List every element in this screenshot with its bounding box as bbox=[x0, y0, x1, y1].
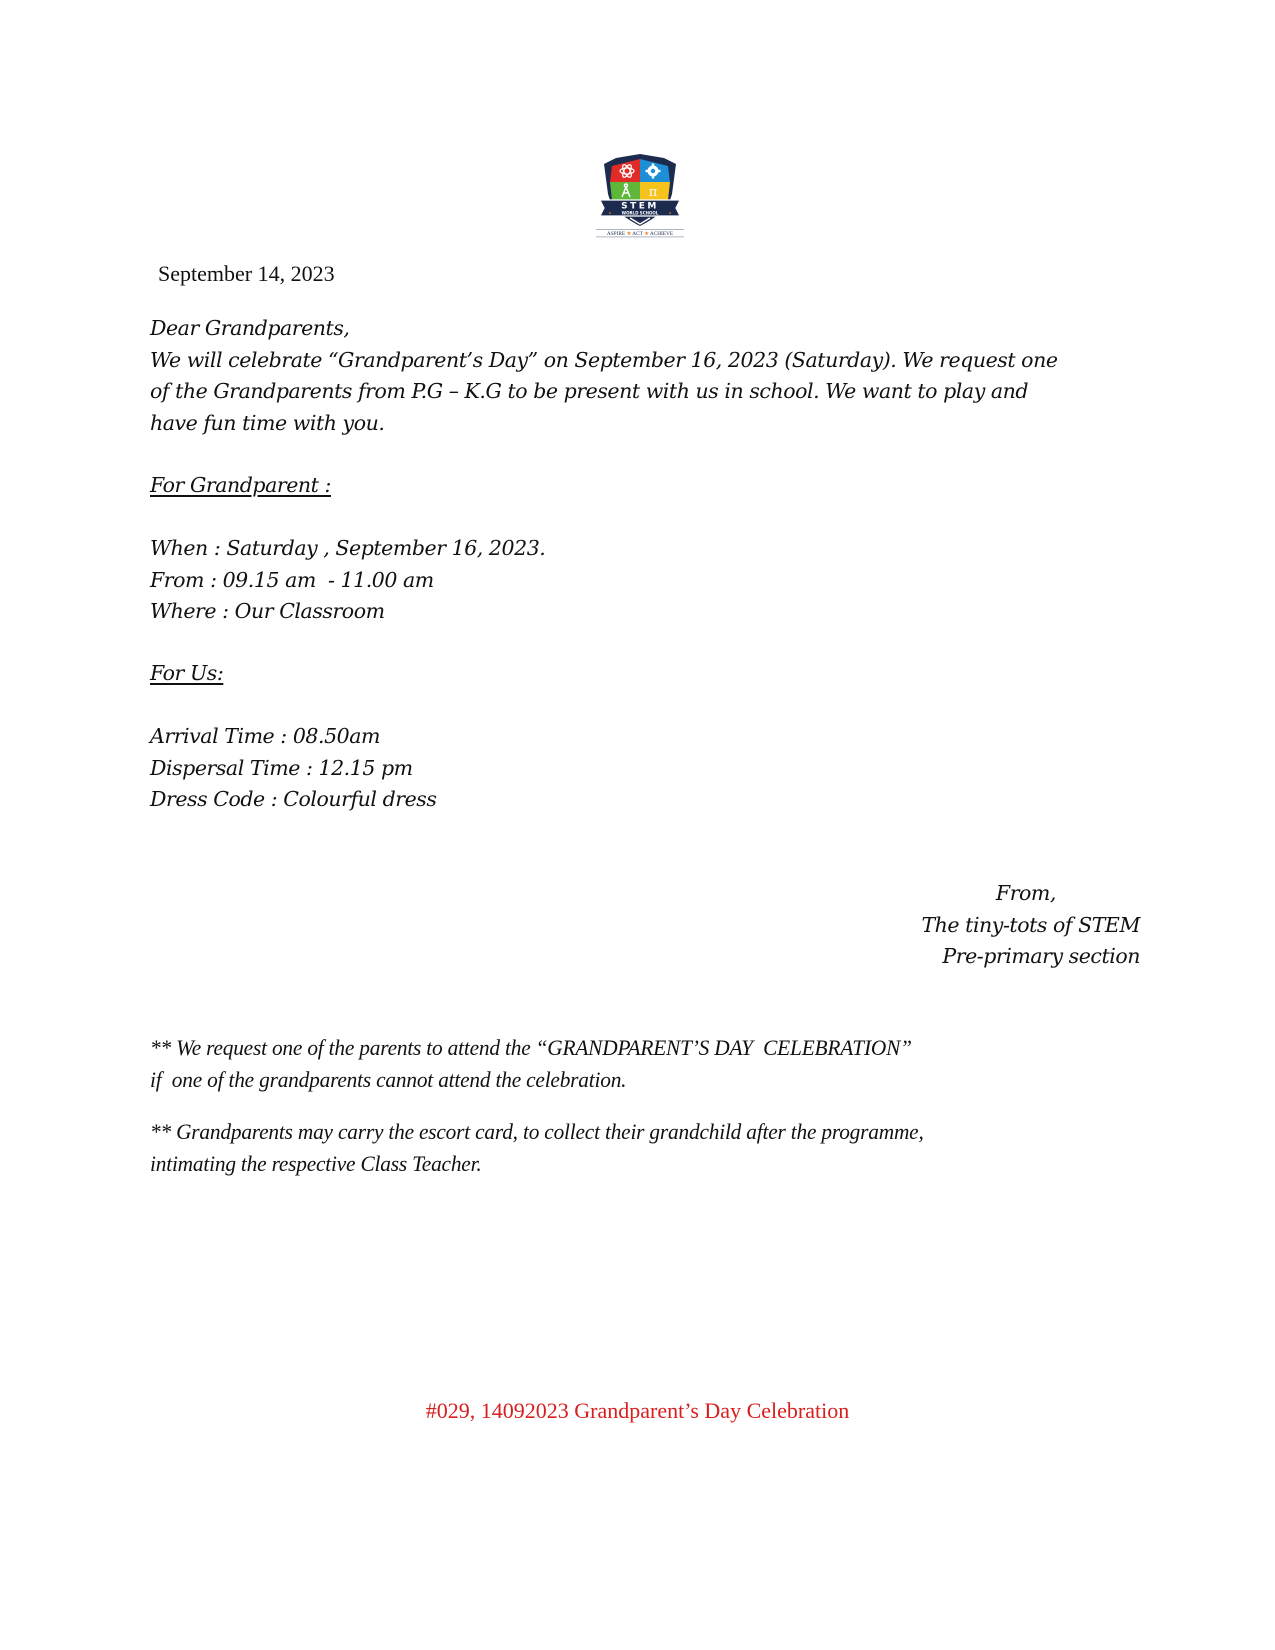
note-escort-card: ** Grandparents may carry the escort car… bbox=[150, 1116, 924, 1180]
note-line: intimating the respective Class Teacher. bbox=[150, 1148, 924, 1180]
document-reference-footer: #029, 14092023 Grandparent’s Day Celebra… bbox=[0, 1398, 1275, 1424]
where-line: Where : Our Classroom bbox=[150, 596, 545, 628]
body-line: We will celebrate “Grandparent’s Day” on… bbox=[150, 345, 1058, 377]
signature-section: Pre-primary section bbox=[880, 941, 1140, 973]
note-line: ** Grandparents may carry the escort car… bbox=[150, 1116, 924, 1148]
body-line: of the Grandparents from P.G – K.G to be… bbox=[150, 376, 1058, 408]
dress-code-line: Dress Code : Colourful dress bbox=[150, 784, 436, 816]
svg-text:ASPIRE ★ ACT ★ ACHIEVE: ASPIRE ★ ACT ★ ACHIEVE bbox=[607, 231, 673, 237]
signature-from: From, bbox=[880, 878, 1140, 910]
signature-sender: The tiny-tots of STEM bbox=[880, 910, 1140, 942]
student-details: Arrival Time : 08.50am Dispersal Time : … bbox=[150, 721, 436, 816]
signature-block: From, The tiny-tots of STEM Pre-primary … bbox=[880, 878, 1140, 973]
arrival-time-line: Arrival Time : 08.50am bbox=[150, 721, 436, 753]
from-time-line: From : 09.15 am - 11.00 am bbox=[150, 565, 545, 597]
note-line: ** We request one of the parents to atte… bbox=[150, 1032, 912, 1064]
svg-text:π: π bbox=[649, 185, 658, 200]
note-line: if one of the grandparents cannot attend… bbox=[150, 1064, 912, 1096]
letter-date: September 14, 2023 bbox=[158, 261, 335, 287]
salutation: Dear Grandparents, bbox=[150, 313, 1058, 345]
school-logo: π STEM WORLD SCHOOL ASPIRE ★ ACT ★ ACHIE… bbox=[596, 150, 684, 238]
letter-body: Dear Grandparents, We will celebrate “Gr… bbox=[150, 313, 1058, 439]
stem-world-school-crest-icon: π STEM WORLD SCHOOL ASPIRE ★ ACT ★ ACHIE… bbox=[596, 150, 684, 238]
body-line: have fun time with you. bbox=[150, 408, 1058, 440]
note-parent-attendance: ** We request one of the parents to atte… bbox=[150, 1032, 912, 1096]
for-grandparent-heading: For Grandparent : bbox=[150, 470, 331, 502]
when-line: When : Saturday , September 16, 2023. bbox=[150, 533, 545, 565]
grandparent-details: When : Saturday , September 16, 2023. Fr… bbox=[150, 533, 545, 628]
dispersal-time-line: Dispersal Time : 12.15 pm bbox=[150, 753, 436, 785]
svg-text:WORLD SCHOOL: WORLD SCHOOL bbox=[622, 211, 659, 216]
for-us-heading: For Us: bbox=[150, 658, 223, 690]
